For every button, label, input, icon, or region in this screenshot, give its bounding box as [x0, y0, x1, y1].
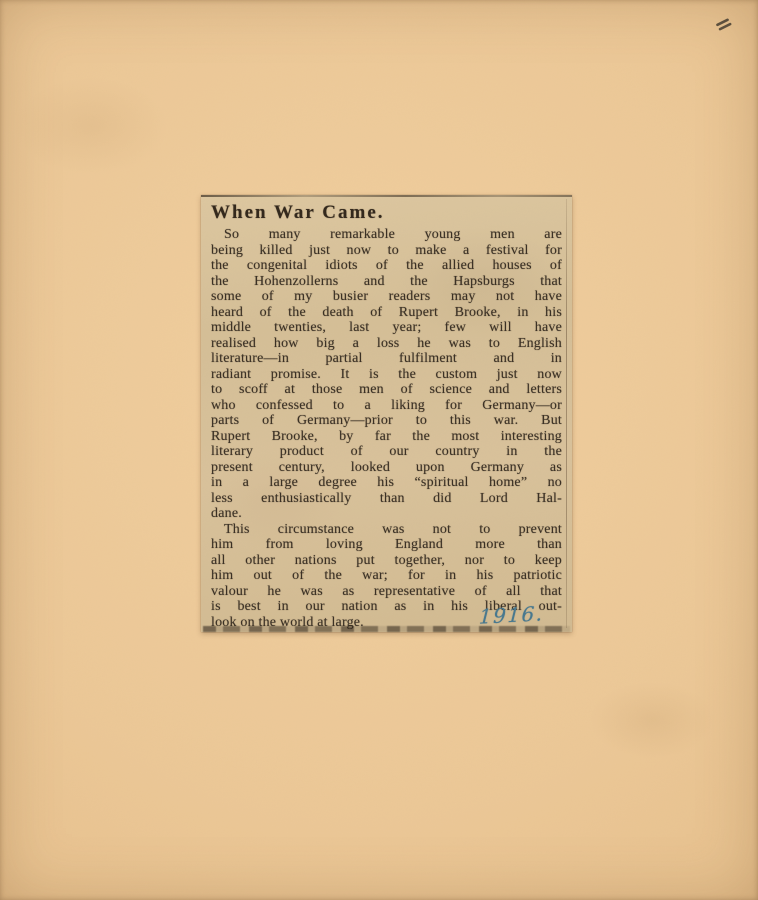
clipping-text-line: literature—in partial fulfilment and in: [211, 351, 562, 367]
clipping-text-line: Rupert Brooke, by far the most interesti…: [211, 429, 562, 445]
clipping-text-line: radiant promise. It is the custom just n…: [211, 367, 562, 383]
scrapbook-page: When War Came. So many remarkable young …: [0, 0, 758, 900]
clipping-text-line: the congenital idiots of the allied hous…: [211, 258, 562, 274]
clipping-text-line: the Hohenzollerns and the Hapsburgs that: [211, 274, 562, 290]
clipping-text-line: who confessed to a liking for Germany—or: [211, 398, 562, 414]
clipping-text-line: him from loving England more than: [211, 537, 562, 553]
clipping-headline: When War Came.: [211, 203, 562, 223]
clipping-text-line: him out of the war; for in his patriotic: [211, 568, 562, 584]
clipping-text-line: present century, looked upon Germany as: [211, 460, 562, 476]
clipping-text-line: less enthusiastically than did Lord Hal-: [211, 491, 562, 507]
clipping-text-line: So many remarkable young men are: [211, 227, 562, 243]
clipping-text-line: middle twenties, last year; few will hav…: [211, 320, 562, 336]
clipping-text-line: This circumstance was not to prevent: [211, 522, 562, 538]
pencil-squiggle-strokes: [710, 11, 739, 40]
clipping-text-line: all other nations put together, nor to k…: [211, 553, 562, 569]
clipping-paragraph-1: So many remarkable young men arebeing ki…: [211, 227, 562, 522]
clipping-text-line: parts of Germany—prior to this war. But: [211, 413, 562, 429]
clipping-text-line: literary product of our country in the: [211, 444, 562, 460]
pencil-squiggle-icon: [710, 11, 739, 40]
clipping-text-line: in a large degree his “spiritual home” n…: [211, 475, 562, 491]
newspaper-clipping: When War Came. So many remarkable young …: [201, 195, 572, 632]
newspaper-column-rule: [566, 199, 567, 628]
clipping-text-line: valour he was as representative of all t…: [211, 584, 562, 600]
clipping-text-line: to scoff at those men of science and let…: [211, 382, 562, 398]
clipping-text-line: heard of the death of Rupert Brooke, in …: [211, 305, 562, 321]
clipping-text-line: dane.: [211, 506, 562, 522]
handwritten-year-annotation: 1916.: [479, 601, 545, 628]
clipping-text-line: realised how big a loss he was to Englis…: [211, 336, 562, 352]
clipping-text-line: some of my busier readers may not have: [211, 289, 562, 305]
clipping-text-line: being killed just now to make a festival…: [211, 243, 562, 259]
